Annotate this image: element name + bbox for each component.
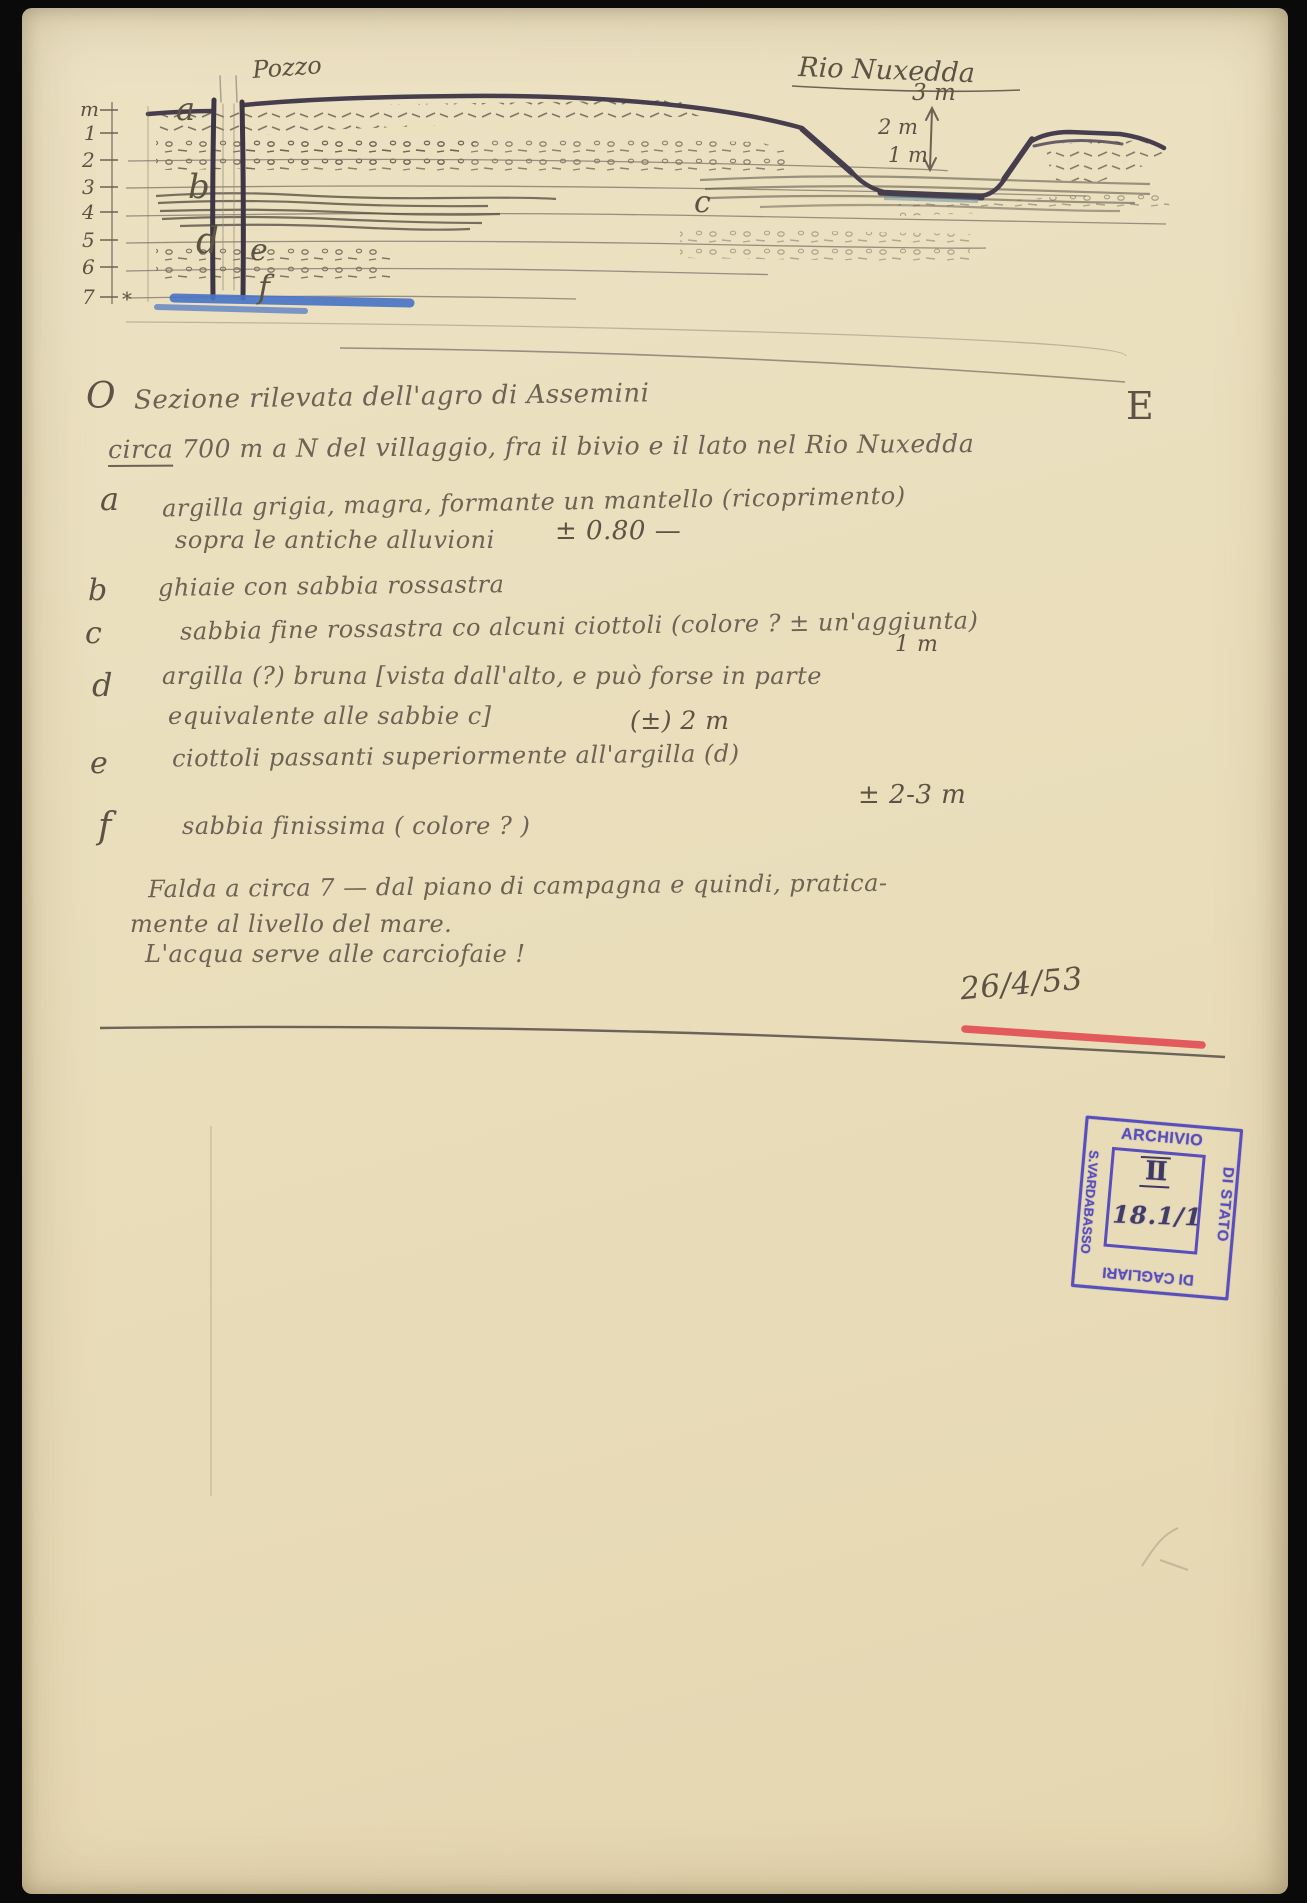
scale-label-7: 7 — [82, 285, 95, 309]
layer-e-key: e — [90, 746, 108, 781]
water-table-mark — [157, 298, 410, 311]
river-label-underline — [792, 86, 1020, 91]
pencil-separator-line — [100, 1027, 1225, 1057]
layer-d-measure: (±) 2 m — [630, 706, 729, 735]
layer-d-key: d — [92, 666, 113, 704]
layer-d-line1: argilla (?) bruna [vista dall'alto, e pu… — [162, 662, 822, 690]
layer-c-measure: 1 m — [895, 632, 938, 657]
note-line-2: mente al livello del mare. — [130, 910, 452, 938]
scale-asterisk: * — [122, 287, 132, 311]
note-line-3: L'acqua serve alle carciofaie ! — [145, 940, 526, 968]
stamp-text-left: S.VARDABASSO — [1076, 1125, 1104, 1280]
layer-a-line2: sopra le antiche alluvioni — [175, 526, 495, 554]
bank-2m-label: 2 m — [877, 115, 918, 139]
scale-label-3: 3 — [82, 175, 95, 199]
stamp-text-bottom: DI CAGLIARI — [1095, 1263, 1202, 1289]
river-depth-label: 3 m — [912, 80, 956, 106]
stamp-roman-numeral: II — [1139, 1156, 1171, 1189]
depth-scale: m 1 2 3 4 5 6 7 * — [80, 97, 148, 311]
well-label: Pozzo — [250, 51, 322, 84]
compass-east-label: E — [1126, 384, 1154, 428]
layer-d-line2: equivalente alle sabbie c] — [168, 702, 492, 730]
layer-b-key: b — [88, 573, 108, 608]
stamp-text-right: DI STATO — [1211, 1140, 1239, 1269]
layer-c-key: c — [85, 616, 102, 651]
archive-stamp: ARCHIVIO DI STATO DI CAGLIARI S.VARDABAS… — [1071, 1115, 1243, 1300]
scale-label-6: 6 — [82, 255, 95, 279]
layer-letter-a: a — [176, 90, 195, 128]
layer-letter-b: b — [188, 167, 210, 207]
scale-label-5: 5 — [82, 228, 95, 252]
scale-label-4: 4 — [81, 200, 95, 224]
title-line-1: Sezione rilevata dell'agro di Assemini — [134, 378, 650, 415]
stamp-reference-number: 18.1/1 — [1112, 1199, 1203, 1231]
note-line-1: Falda a circa 7 — dal piano di campagna … — [148, 869, 888, 903]
layer-f-key: f — [98, 806, 112, 847]
layer-a-line1: argilla grigia, magra, formante un mante… — [162, 482, 906, 523]
layer-letter-c: c — [694, 185, 711, 220]
layer-b-line1: ghiaie con sabbia rossastra — [158, 570, 505, 602]
scanned-field-note: m 1 2 3 4 5 6 7 * Pozzo a b d e f c Rio … — [0, 0, 1307, 1903]
geological-cross-section: m 1 2 3 4 5 6 7 * Pozzo a b d e f c Rio … — [60, 30, 1200, 390]
layer-f-line1: sabbia finissima ( colore ? ) — [182, 812, 530, 840]
layer-letter-d: d — [196, 221, 219, 262]
red-underline — [965, 1029, 1202, 1045]
compass-west-label: O — [86, 376, 116, 417]
layer-a-key: a — [100, 480, 120, 518]
faint-pencil-mark — [1130, 1520, 1220, 1580]
paper-sheet: m 1 2 3 4 5 6 7 * Pozzo a b d e f c Rio … — [22, 8, 1288, 1894]
layer-c-line1: sabbia fine rossastra co alcuni ciottoli… — [180, 606, 979, 645]
layer-e-line1: ciottoli passanti superiormente all'argi… — [172, 740, 740, 773]
scale-label-2: 2 — [81, 148, 95, 172]
layer-e-measure: ± 2-3 m — [858, 780, 966, 810]
title-line-2-rest: 700 m a N del villaggio, fra il bivio e … — [173, 429, 974, 464]
layer-a-measure: ± 0.80 — — [555, 516, 681, 546]
title-line-2: circa 700 m a N del villaggio, fra il bi… — [108, 429, 974, 464]
scale-label-0: m — [80, 97, 99, 121]
bank-1m-label: 1 m — [888, 143, 928, 167]
title-line-2-lead: circa — [108, 435, 174, 467]
paper-crease — [210, 1126, 212, 1496]
scale-label-1: 1 — [84, 121, 97, 145]
layer-letter-e: e — [250, 233, 268, 268]
footer-lines — [80, 995, 1260, 1075]
